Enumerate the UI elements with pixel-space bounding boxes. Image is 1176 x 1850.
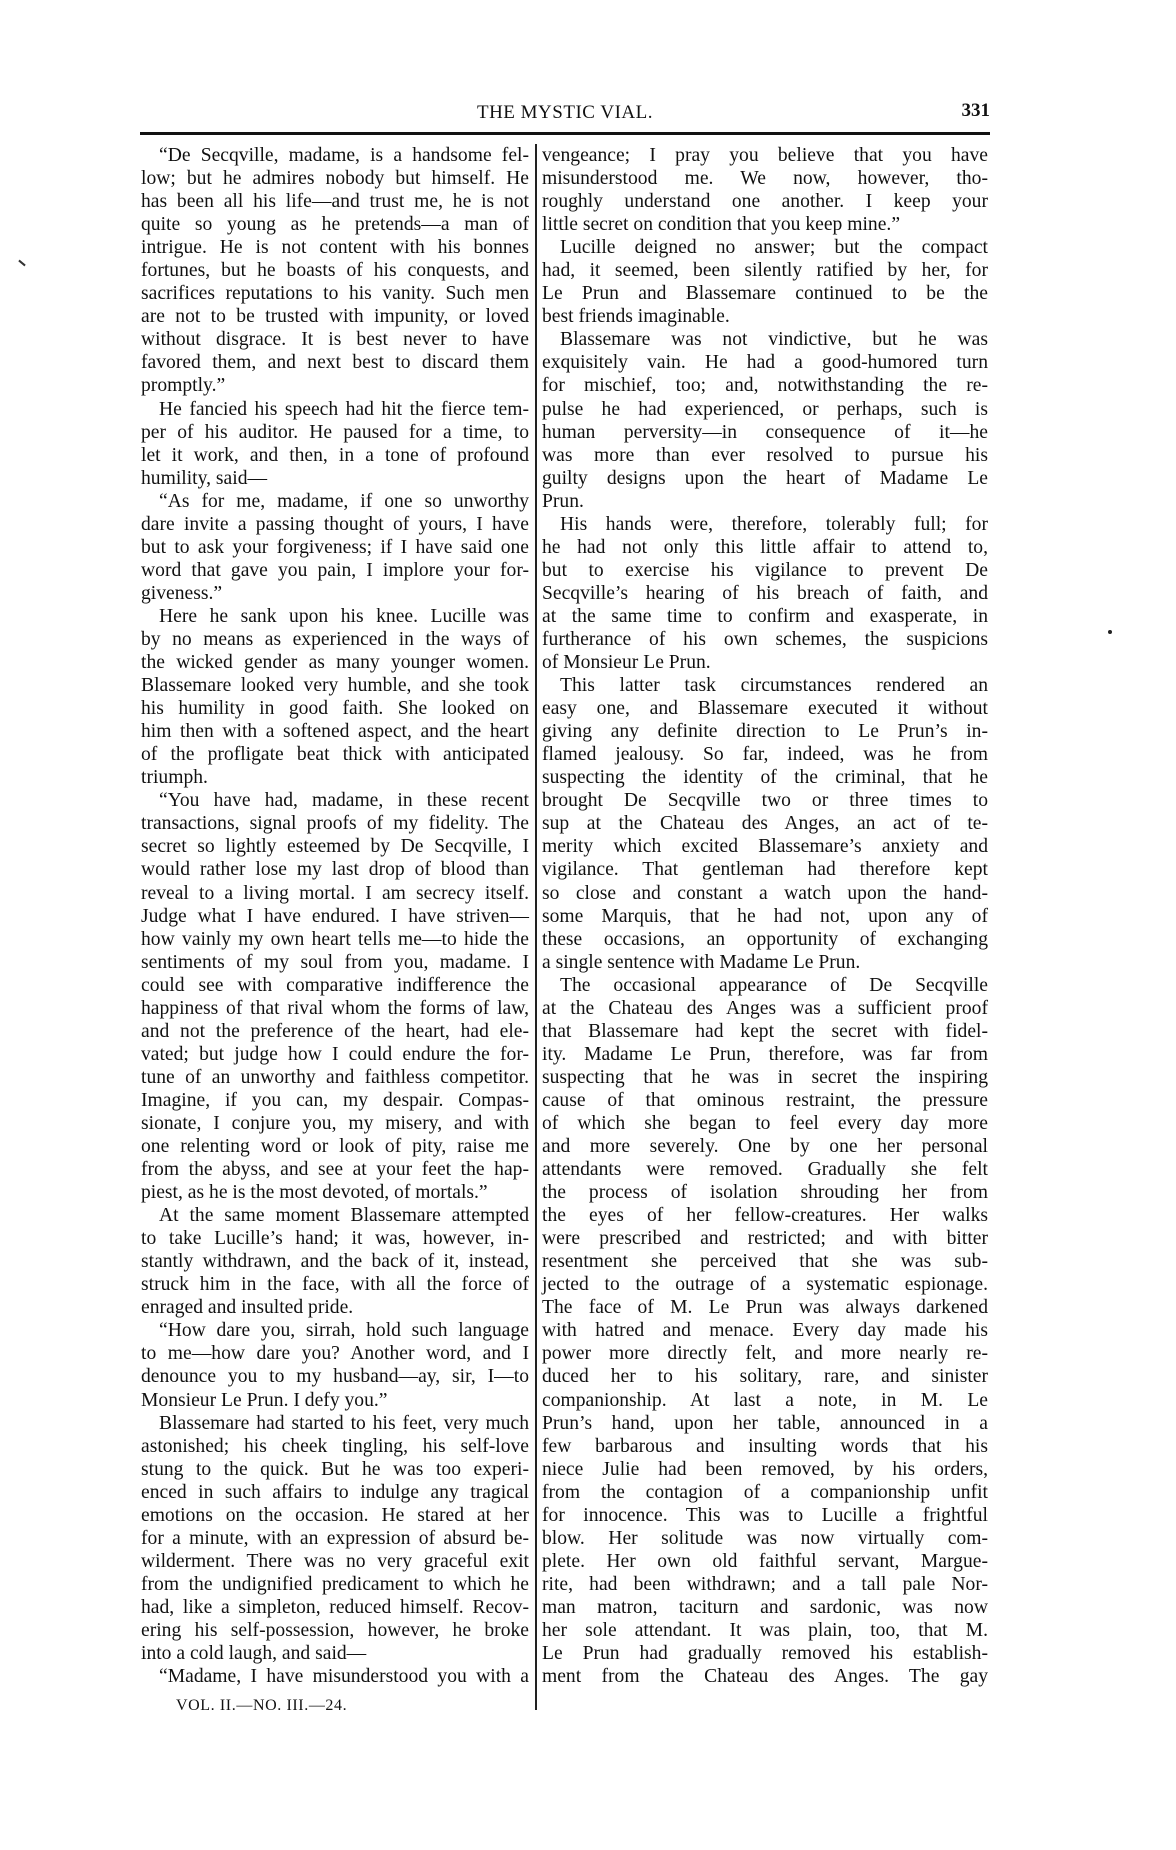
text-line: for innocence. This was to Lucille a fri…	[542, 1504, 988, 1527]
text-line: humility, said—	[141, 467, 529, 490]
text-line: let it work, and then, in a tone of prof…	[141, 444, 529, 467]
text-line: of which she began to feel every day mor…	[542, 1112, 988, 1135]
text-line: sentiments of my soul from you, madame. …	[141, 951, 529, 974]
text-line: At the same moment Blassemare attempted	[141, 1204, 529, 1227]
text-line: power more directly felt, and more nearl…	[542, 1342, 988, 1365]
text-line: few barbarous and insulting words that h…	[542, 1435, 988, 1458]
text-line: jected to the outrage of a systematic es…	[542, 1273, 988, 1296]
text-line: and more severely. One by one her person…	[542, 1135, 988, 1158]
text-line: sionate, I conjure you, my misery, and w…	[141, 1112, 529, 1135]
text-line: “Madame, I have misunderstood you with a	[141, 1665, 529, 1688]
text-line: a single sentence with Madame Le Prun.	[542, 951, 988, 974]
text-line: from the undignified predicament to whic…	[141, 1573, 529, 1596]
text-line: exquisitely vain. He had a good-humored …	[542, 351, 988, 374]
text-line: man matron, taciturn and sardonic, was n…	[542, 1596, 988, 1619]
text-line: fortunes, but he boasts of his conquests…	[141, 259, 529, 282]
text-line: vated; but judge how I could endure the …	[141, 1043, 529, 1066]
text-line: by no means as experienced in the ways o…	[141, 628, 529, 651]
text-line: without disgrace. It is best never to ha…	[141, 328, 529, 351]
text-line: was more than ever resolved to pursue hi…	[542, 444, 988, 467]
text-line: intrigue. He is not content with his bon…	[141, 236, 529, 259]
text-line: one relenting word or look of pity, rais…	[141, 1135, 529, 1158]
text-line: the eyes of her fellow-creatures. Her wa…	[542, 1204, 988, 1227]
text-line: best friends imaginable.	[542, 305, 988, 328]
text-line: promptly.”	[141, 374, 529, 397]
text-line: emotions on the occasion. He stared at h…	[141, 1504, 529, 1527]
text-line: quite so young as he pretends—a man of	[141, 213, 529, 236]
text-line: furtherance of his own schemes, the susp…	[542, 628, 988, 651]
text-line: were prescribed and restricted; and with…	[542, 1227, 988, 1250]
left-column: “De Secqville, madame, is a handsome fel…	[141, 144, 529, 1688]
text-line: “You have had, madame, in these recent	[141, 789, 529, 812]
text-line: dare invite a passing thought of yours, …	[141, 513, 529, 536]
text-line: His hands were, therefore, tolerably ful…	[542, 513, 988, 536]
text-line: roughly understand one another. I keep y…	[542, 190, 988, 213]
text-line: triumph.	[141, 766, 529, 789]
text-line: vigilance. That gentleman had therefore …	[542, 858, 988, 881]
text-line: Lucille deigned no answer; but the compa…	[542, 236, 988, 259]
text-line: for a minute, with an expression of absu…	[141, 1527, 529, 1550]
text-line: reveal to a living mortal. I am secrecy …	[141, 882, 529, 905]
column-divider	[535, 144, 537, 1710]
text-line: into a cold laugh, and said—	[141, 1642, 529, 1665]
text-line: enced in such affairs to indulge any tra…	[141, 1481, 529, 1504]
text-line: This latter task circumstances rendered …	[542, 674, 988, 697]
text-line: so close and constant a watch upon the h…	[542, 882, 988, 905]
text-line: per of his auditor. He paused for a time…	[141, 421, 529, 444]
text-line: favored them, and next best to discard t…	[141, 351, 529, 374]
text-line: at the Chateau des Anges was a sufficien…	[542, 997, 988, 1020]
header-rule	[140, 132, 990, 135]
text-line: at the same time to confirm and exaspera…	[542, 605, 988, 628]
text-line: how vainly my own heart tells me—to hide…	[141, 928, 529, 951]
text-line: to me—how dare you? Another word, and I	[141, 1342, 529, 1365]
text-line: “De Secqville, madame, is a handsome fel…	[141, 144, 529, 167]
text-line: sacrifices reputations to his vanity. Su…	[141, 282, 529, 305]
scan-blemish-dot	[1108, 630, 1112, 634]
text-line: could see with comparative indifference …	[141, 974, 529, 997]
text-line: duced her to his solitary, rare, and sin…	[542, 1365, 988, 1388]
text-line: flamed jealousy. So far, indeed, was he …	[542, 743, 988, 766]
text-line: but to exercise his vigilance to prevent…	[542, 559, 988, 582]
text-line: guilty designs upon the heart of Madame …	[542, 467, 988, 490]
scan-blemish	[18, 260, 25, 267]
text-line: pulse he had experienced, or perhaps, su…	[542, 398, 988, 421]
text-line: struck him in the face, with all the for…	[141, 1273, 529, 1296]
text-line: rite, had been withdrawn; and a tall pal…	[542, 1573, 988, 1596]
text-line: little secret on condition that you keep…	[542, 213, 988, 236]
text-line: would rather lose my last drop of blood …	[141, 858, 529, 881]
text-line: Imagine, if you can, my despair. Compas-	[141, 1089, 529, 1112]
right-column: vengeance; I pray you believe that you h…	[542, 144, 988, 1688]
text-line: but to ask your forgiveness; if I have s…	[141, 536, 529, 559]
text-line: the process of isolation shrouding her f…	[542, 1181, 988, 1204]
text-line: sup at the Chateau des Anges, an act of …	[542, 812, 988, 835]
text-line: ity. Madame Le Prun, therefore, was far …	[542, 1043, 988, 1066]
text-line: from the contagion of a companionship un…	[542, 1481, 988, 1504]
text-line: from the abyss, and see at your feet the…	[141, 1158, 529, 1181]
text-line: happiness of that rival whom the forms o…	[141, 997, 529, 1020]
text-line: some Marquis, that he had not, upon any …	[542, 905, 988, 928]
text-line: that Blassemare had kept the secret with…	[542, 1020, 988, 1043]
running-title: THE MYSTIC VIAL.	[140, 102, 990, 124]
text-line: he had not only this little affair to at…	[542, 536, 988, 559]
text-line: suspecting the identity of the criminal,…	[542, 766, 988, 789]
text-line: Judge what I have endured. I have strive…	[141, 905, 529, 928]
text-line: piest, as he is the most devoted, of mor…	[141, 1181, 529, 1204]
text-line: Monsieur Le Prun. I defy you.”	[141, 1389, 529, 1412]
text-line: companionship. At last a note, in M. Le	[542, 1389, 988, 1412]
text-line: him then with a softened aspect, and the…	[141, 720, 529, 743]
text-line: ering his self-possession, however, he b…	[141, 1619, 529, 1642]
running-head: THE MYSTIC VIAL. 331	[140, 98, 990, 128]
text-line: with hatred and menace. Every day made h…	[542, 1319, 988, 1342]
text-line: “As for me, madame, if one so unworthy	[141, 490, 529, 513]
text-line: Blassemare was not vindictive, but he wa…	[542, 328, 988, 351]
text-line: tune of an unworthy and faithless compet…	[141, 1066, 529, 1089]
text-line: He fancied his speech had hit the fierce…	[141, 398, 529, 421]
text-line: stantly withdrawn, and the back of it, i…	[141, 1250, 529, 1273]
text-line: are not to be trusted with impunity, or …	[141, 305, 529, 328]
page-number: 331	[962, 100, 991, 122]
text-line: merity which excited Blassemare’s anxiet…	[542, 835, 988, 858]
text-line: of Monsieur Le Prun.	[542, 651, 988, 674]
text-line: word that gave you pain, I implore your …	[141, 559, 529, 582]
text-line: The occasional appearance of De Secqvill…	[542, 974, 988, 997]
text-line: giving any definite direction to Le Prun…	[542, 720, 988, 743]
text-line: suspecting that he was in secret the ins…	[542, 1066, 988, 1089]
magazine-page: THE MYSTIC VIAL. 331 “De Secqville, mada…	[0, 0, 1176, 1850]
text-line: wilderment. There was no very graceful e…	[141, 1550, 529, 1573]
text-line: plete. Her own old faithful servant, Mar…	[542, 1550, 988, 1573]
text-line: these occasions, an opportunity of excha…	[542, 928, 988, 951]
text-line: “How dare you, sirrah, hold such languag…	[141, 1319, 529, 1342]
text-line: had, it seemed, been silently ratified b…	[542, 259, 988, 282]
text-line: Le Prun and Blassemare continued to be t…	[542, 282, 988, 305]
text-line: The face of M. Le Prun was always darken…	[542, 1296, 988, 1319]
text-line: enraged and insulted pride.	[141, 1296, 529, 1319]
text-line: secret so lightly esteemed by De Secqvil…	[141, 835, 529, 858]
text-line: Secqville’s hearing of his breach of fai…	[542, 582, 988, 605]
text-line: Blassemare looked very humble, and she t…	[141, 674, 529, 697]
signature-mark: VOL. II.—NO. III.—24.	[176, 1697, 347, 1715]
text-line: had, like a simpleton, reduced himself. …	[141, 1596, 529, 1619]
text-line: of the profligate beat thick with antici…	[141, 743, 529, 766]
text-line: the wicked gender as many younger women.	[141, 651, 529, 674]
text-line: denounce you to my husband—ay, sir, I—to	[141, 1365, 529, 1388]
text-line: blow. Her solitude was now virtually com…	[542, 1527, 988, 1550]
text-line: astonished; his cheek tingling, his self…	[141, 1435, 529, 1458]
text-line: Le Prun had gradually removed his establ…	[542, 1642, 988, 1665]
text-line: easy one, and Blassemare executed it wit…	[542, 697, 988, 720]
text-line: and not the preference of the heart, had…	[141, 1020, 529, 1043]
text-line: giveness.”	[141, 582, 529, 605]
text-line: low; but he admires nobody but himself. …	[141, 167, 529, 190]
text-line: human perversity—in consequence of it—he	[542, 421, 988, 444]
text-line: transactions, signal proofs of my fideli…	[141, 812, 529, 835]
text-line: Blassemare had started to his feet, very…	[141, 1412, 529, 1435]
text-line: ment from the Chateau des Anges. The gay	[542, 1665, 988, 1688]
text-line: stung to the quick. But he was too exper…	[141, 1458, 529, 1481]
text-line: his humility in good faith. She looked o…	[141, 697, 529, 720]
text-line: resentment she perceived that she was su…	[542, 1250, 988, 1273]
text-line: brought De Secqville two or three times …	[542, 789, 988, 812]
text-line: has been all his life—and trust me, he i…	[141, 190, 529, 213]
text-line: niece Julie had been removed, by his ord…	[542, 1458, 988, 1481]
text-line: her sole attendant. It was plain, too, t…	[542, 1619, 988, 1642]
text-line: to take Lucille’s hand; it was, however,…	[141, 1227, 529, 1250]
text-line: for mischief, too; and, notwithstanding …	[542, 374, 988, 397]
text-line: Prun’s hand, upon her table, announced i…	[542, 1412, 988, 1435]
text-line: cause of that ominous restraint, the pre…	[542, 1089, 988, 1112]
text-line: Here he sank upon his knee. Lucille was	[141, 605, 529, 628]
text-line: Prun.	[542, 490, 988, 513]
text-line: attendants were removed. Gradually she f…	[542, 1158, 988, 1181]
text-line: vengeance; I pray you believe that you h…	[542, 144, 988, 167]
text-line: misunderstood me. We now, however, tho-	[542, 167, 988, 190]
